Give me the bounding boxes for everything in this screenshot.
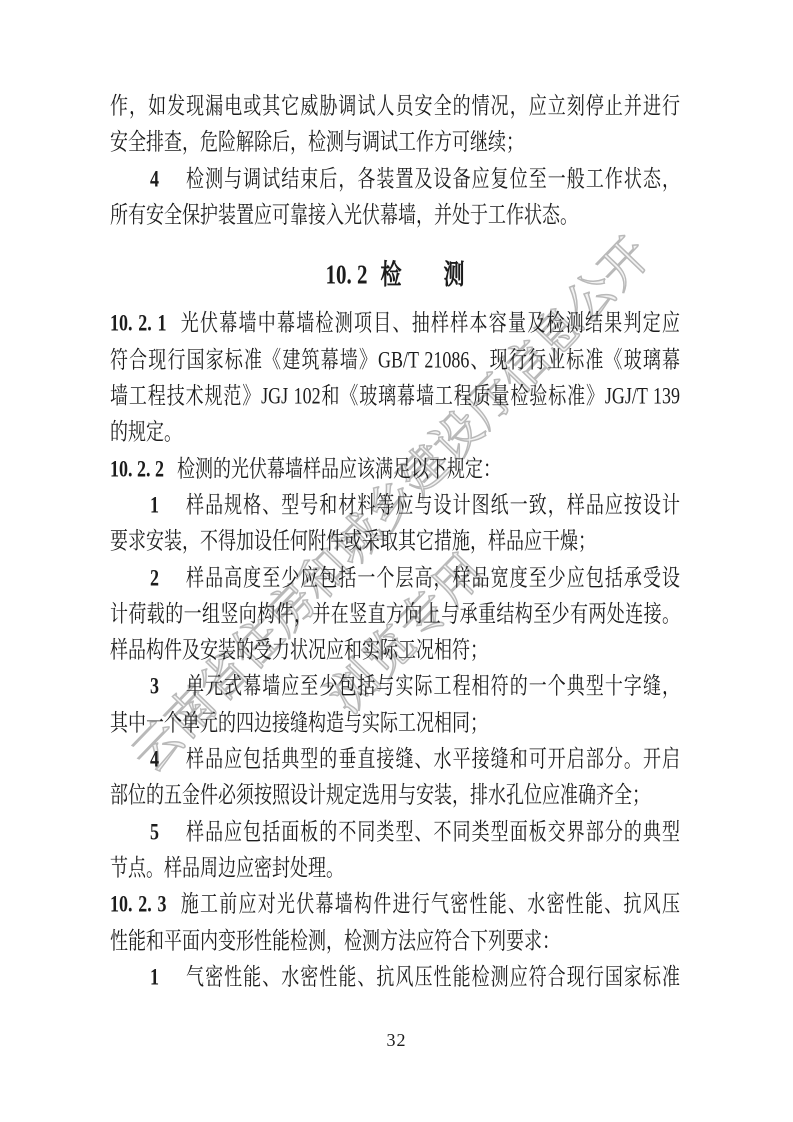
line-text: 符合现行国家标准《建筑幕墙》GB/T 21086、现行行业标准《玻璃幕 <box>110 346 680 372</box>
page-body: 作，如发现漏电或其它威胁调试人员安全的情况，应立刻停止并进行安全排查，危险解除后… <box>110 89 680 996</box>
line-text: 要求安装，不得加设任何附件或采取其它措施，样品应干燥； <box>110 528 596 554</box>
line-text: 样品构件及安装的受力状况应和实际工况相符； <box>110 637 488 663</box>
document-page: 云南省住房和城乡建设厅信息公开 浏览专用 作，如发现漏电或其它威胁调试人员安全的… <box>0 0 793 1122</box>
clause-number: 5 <box>150 818 159 844</box>
section-title: 检 测 <box>381 259 465 290</box>
line-text: 节点。样品周边应密封处理。 <box>110 855 344 881</box>
paragraph-block-after-heading: 10. 2. 1光伏幕墙中幕墙检测项目、抽样样本容量及检测结果判定应符合现行国家… <box>110 306 680 996</box>
line-text: 部位的五金件必须按照设计规定选用与安装，排水孔位应准确齐全； <box>110 782 650 808</box>
line-text: 检测与调试结束后，各装置及设备应复位至一般工作状态， <box>185 165 680 191</box>
line-text: 样品规格、型号和材料等应与设计图纸一致，样品应按设计 <box>185 492 680 518</box>
clause-number: 1 <box>150 963 159 989</box>
line-text: 墙工程技术规范》JGJ 102和《玻璃幕墙工程质量检验标准》JGJ/T 139 <box>110 383 680 409</box>
line-text: 检测的光伏幕墙样品应该满足以下规定： <box>177 455 501 481</box>
line-text: 安全排查，危险解除后，检测与调试工作方可继续； <box>110 129 524 155</box>
line-text: 计荷载的一组竖向构件，并在竖直方向上与承重结构至少有两处连接。 <box>110 601 680 627</box>
line-text: 其中一个单元的四边接缝构造与实际工况相同； <box>110 709 488 735</box>
line-text: 作，如发现漏电或其它威胁调试人员安全的情况，应立刻停止并进行 <box>110 93 680 119</box>
line-text: 性能和平面内变形性能检测，检测方法应符合下列要求： <box>110 927 560 953</box>
line-text: 光伏幕墙中幕墙检测项目、抽样样本容量及检测结果判定应 <box>180 310 681 336</box>
page-number: 32 <box>0 1030 793 1051</box>
clause-number: 10. 2. 2 <box>110 455 164 481</box>
line-text: 的规定。 <box>110 419 182 445</box>
line-text: 样品应包括面板的不同类型、不同类型面板交界部分的典型 <box>185 818 680 844</box>
clause-number: 3 <box>150 673 159 699</box>
line-text: 单元式幕墙应至少包括与实际工程相符的一个典型十字缝， <box>185 673 680 699</box>
text-line: 1气密性能、水密性能、抗风压性能检测应符合现行国家标准 <box>110 960 680 996</box>
text-line: 所有安全保护装置应可靠接入光伏幕墙，并处于工作状态。 <box>110 198 680 234</box>
paragraph-block-before-heading: 作，如发现漏电或其它威胁调试人员安全的情况，应立刻停止并进行安全排查，危险解除后… <box>110 89 680 234</box>
line-text: 施工前应对光伏幕墙构件进行气密性能、水密性能、抗风压 <box>180 891 681 917</box>
line-text: 样品应包括典型的垂直接缝、水平接缝和可开启部分。开启 <box>185 746 680 772</box>
section-number: 10. 2 <box>326 259 368 290</box>
clause-number: 10. 2. 1 <box>110 310 167 336</box>
line-text: 样品高度至少应包括一个层高，样品宽度至少应包括承受设 <box>185 564 680 590</box>
section-heading: 10. 2检 测 <box>110 258 680 294</box>
section-heading-text: 10. 2检 测 <box>110 251 680 298</box>
clause-number: 2 <box>150 564 159 590</box>
clause-number: 10. 2. 3 <box>110 891 167 917</box>
line-text: 气密性能、水密性能、抗风压性能检测应符合现行国家标准 <box>185 963 680 989</box>
clause-number: 4 <box>150 746 159 772</box>
line-text: 所有安全保护装置应可靠接入光伏幕墙，并处于工作状态。 <box>110 202 578 228</box>
clause-number: 1 <box>150 492 159 518</box>
clause-number: 4 <box>150 165 159 191</box>
